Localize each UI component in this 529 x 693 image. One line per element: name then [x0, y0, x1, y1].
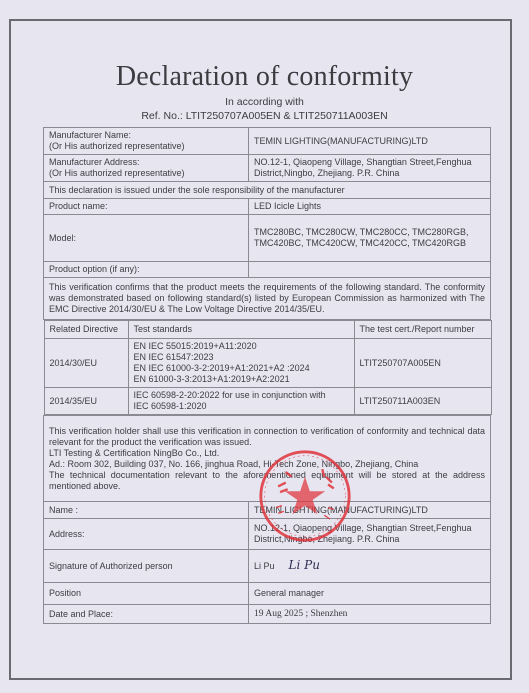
document-title: Declaration of conformity	[0, 61, 529, 93]
standard-item: EN IEC 55015:2019+A11:2020	[134, 341, 349, 352]
signatory-address-label: Address:	[44, 519, 249, 550]
standards-header-row: Related Directive Test standards The tes…	[44, 321, 491, 339]
signature-value: Li PuLi Pu	[249, 550, 491, 583]
manufacturer-name-row: Manufacturer Name: (Or His authorized re…	[44, 128, 491, 155]
date-row: Date and Place: 19 Aug 2025 ; Shenzhen	[44, 605, 491, 624]
position-row: Position General manager	[44, 583, 491, 605]
label-line: Manufacturer Name:	[49, 130, 243, 141]
report-cell: LTIT250707A005EN	[354, 339, 491, 388]
value-line: District,Ningbo, Zhejiang. P.R. China	[254, 534, 485, 545]
signatory-address-value: NO.12-1, Qiaopeng Village, Shangtian Str…	[249, 519, 491, 550]
holder-note: This verification holder shall use this …	[44, 416, 491, 502]
manufacturer-name-value: TEMIN LIGHTING(MANUFACTURING)LTD	[249, 128, 491, 155]
header-related-directive: Related Directive	[44, 321, 128, 339]
value-line: NO.12-1, Qiaopeng Village, Shangtian Str…	[254, 157, 485, 168]
table-row: 2014/35/EU IEC 60598-2-20:2022 for use i…	[44, 388, 491, 415]
signatory-name-row: Name : TEMIN LIGHTING(MANUFACTURING)LTD	[44, 502, 491, 519]
position-label: Position	[44, 583, 249, 605]
manufacturer-address-value: NO.12-1, Qiaopeng Village, Shangtian Str…	[249, 155, 491, 182]
position-value: General manager	[249, 583, 491, 605]
holder-note-line: The technical documentation relevant to …	[49, 470, 485, 492]
product-name-label: Product name:	[44, 199, 249, 215]
model-label: Model:	[44, 215, 249, 262]
holder-note-row: This verification holder shall use this …	[44, 416, 491, 502]
table-row: 2014/30/EU EN IEC 55015:2019+A11:2020 EN…	[44, 339, 491, 388]
standard-item: IEC 60598-2-20:2022 for use in conjuncti…	[134, 390, 349, 401]
standards-row: Related Directive Test standards The tes…	[44, 320, 491, 416]
directive-cell: 2014/30/EU	[44, 339, 128, 388]
reference-number: Ref. No.: LTIT250707A005EN & LTIT250711A…	[0, 110, 529, 122]
standards-table: Related Directive Test standards The tes…	[44, 320, 492, 415]
handwritten-signature: Li Pu	[289, 558, 320, 572]
value-line: NO.12-1, Qiaopeng Village, Shangtian Str…	[254, 523, 485, 534]
manufacturer-address-label: Manufacturer Address: (Or His authorized…	[44, 155, 249, 182]
responsibility-row: This declaration is issued under the sol…	[44, 182, 491, 199]
model-value: TMC280BC, TMC280CW, TMC280CC, TMC280RGB,…	[249, 215, 491, 262]
date-value: 19 Aug 2025 ; Shenzhen	[249, 605, 491, 624]
label-line: Manufacturer Address:	[49, 157, 243, 168]
signatory-address-row: Address: NO.12-1, Qiaopeng Village, Shan…	[44, 519, 491, 550]
signature-label: Signature of Authorized person	[44, 550, 249, 583]
model-row: Model: TMC280BC, TMC280CW, TMC280CC, TMC…	[44, 215, 491, 262]
holder-note-line: LTI Testing & Certification NingBo Co., …	[49, 448, 485, 459]
standards-cell: EN IEC 55015:2019+A11:2020 EN IEC 61547:…	[128, 339, 354, 388]
value-line: TMC420BC, TMC420CW, TMC420CC, TMC420RGB	[254, 238, 485, 249]
document-subtitle: In according with	[0, 96, 529, 108]
value-line: District,Ningbo, Zhejiang. P.R. China	[254, 168, 485, 179]
product-option-label: Product option (if any):	[44, 262, 249, 278]
directive-cell: 2014/35/EU	[44, 388, 128, 415]
standard-item: EN IEC 61000-3-2:2019+A1:2021+A2 :2024	[134, 363, 349, 374]
verification-row: This verification confirms that the prod…	[44, 278, 491, 320]
manufacturer-address-row: Manufacturer Address: (Or His authorized…	[44, 155, 491, 182]
signatory-name-value: TEMIN LIGHTING(MANUFACTURING)LTD	[249, 502, 491, 519]
product-name-value: LED Icicle Lights	[249, 199, 491, 215]
responsibility-note: This declaration is issued under the sol…	[44, 182, 491, 199]
signature-printed-name: Li Pu	[254, 561, 275, 571]
standard-item: IEC 60598-1:2020	[134, 401, 349, 412]
product-option-row: Product option (if any):	[44, 262, 491, 278]
standard-item: EN 61000-3-3:2013+A1:2019+A2:2021	[134, 374, 349, 385]
declaration-table: Manufacturer Name: (Or His authorized re…	[43, 127, 491, 624]
label-line: (Or His authorized representative)	[49, 168, 243, 179]
manufacturer-name-label: Manufacturer Name: (Or His authorized re…	[44, 128, 249, 155]
signature-row: Signature of Authorized person Li PuLi P…	[44, 550, 491, 583]
product-option-value	[249, 262, 491, 278]
product-name-row: Product name: LED Icicle Lights	[44, 199, 491, 215]
verification-statement: This verification confirms that the prod…	[44, 278, 491, 320]
standards-cell: IEC 60598-2-20:2022 for use in conjuncti…	[128, 388, 354, 415]
header-test-standards: Test standards	[128, 321, 354, 339]
header-report-number: The test cert./Report number	[354, 321, 491, 339]
report-cell: LTIT250711A003EN	[354, 388, 491, 415]
holder-note-line: This verification holder shall use this …	[49, 426, 485, 448]
standard-item: EN IEC 61547:2023	[134, 352, 349, 363]
date-label: Date and Place:	[44, 605, 249, 624]
label-line: (Or His authorized representative)	[49, 141, 243, 152]
holder-note-line: Ad.: Room 302, Building 037, No. 166, ji…	[49, 459, 485, 470]
signatory-name-label: Name :	[44, 502, 249, 519]
value-line: TMC280BC, TMC280CW, TMC280CC, TMC280RGB,	[254, 227, 485, 238]
